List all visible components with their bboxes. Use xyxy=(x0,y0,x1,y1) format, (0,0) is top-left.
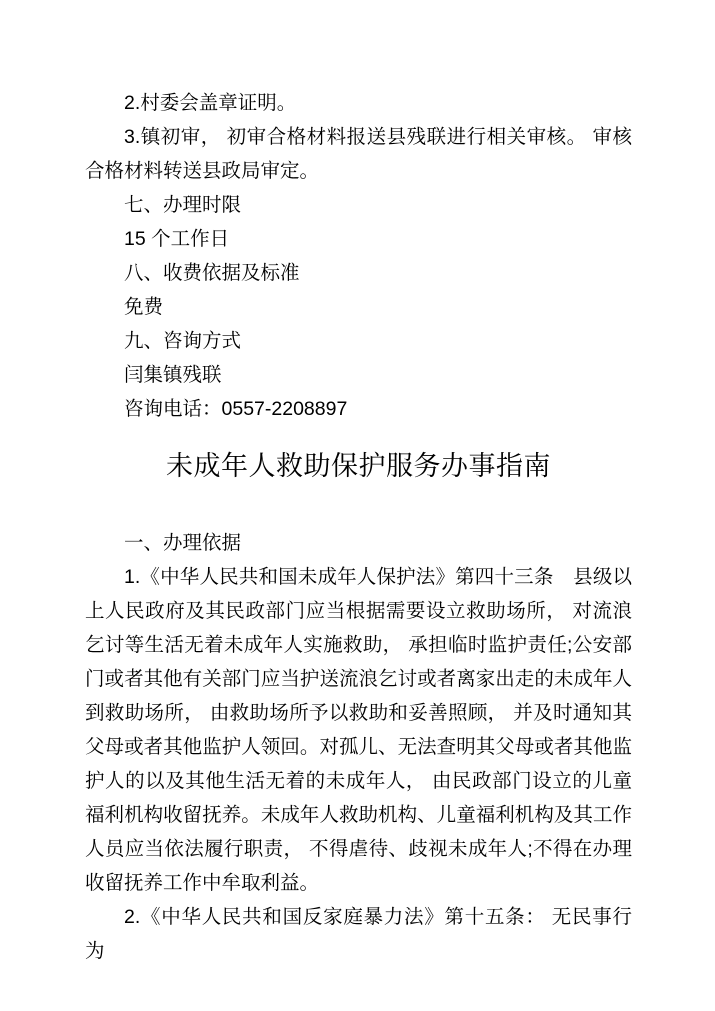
section-heading-fees: 八、收费依据及标准 xyxy=(85,256,632,290)
section-heading-basis: 一、办理依据 xyxy=(85,526,632,560)
legal-basis-2: 2.《中华人民共和国反家庭暴力法》第十五条： 无民事行为 xyxy=(85,900,632,968)
prev-guide-step-2: 2.村委会盖章证明。 xyxy=(85,86,632,120)
consult-phone: 咨询电话：0557-2208897 xyxy=(85,392,632,426)
document-page: 2.村委会盖章证明。3.镇初审， 初审合格材料报送县残联进行相关审核。 审核合格… xyxy=(0,0,715,1011)
legal-basis-1: 1.《中华人民共和国未成年人保护法》第四十三条 县级以上人民政府及其民政部门应当… xyxy=(85,560,632,900)
section-heading-time-limit: 七、办理时限 xyxy=(85,188,632,222)
fees-value: 免费 xyxy=(85,290,632,324)
section-heading-consult: 九、咨询方式 xyxy=(85,324,632,358)
prev-guide-step-3: 3.镇初审， 初审合格材料报送县残联进行相关审核。 审核合格材料转送县政局审定。 xyxy=(85,120,632,188)
time-limit-value: 15 个工作日 xyxy=(85,222,632,256)
consult-organization: 闫集镇残联 xyxy=(85,358,632,392)
guide-title: 未成年人救助保护服务办事指南 xyxy=(85,443,632,489)
